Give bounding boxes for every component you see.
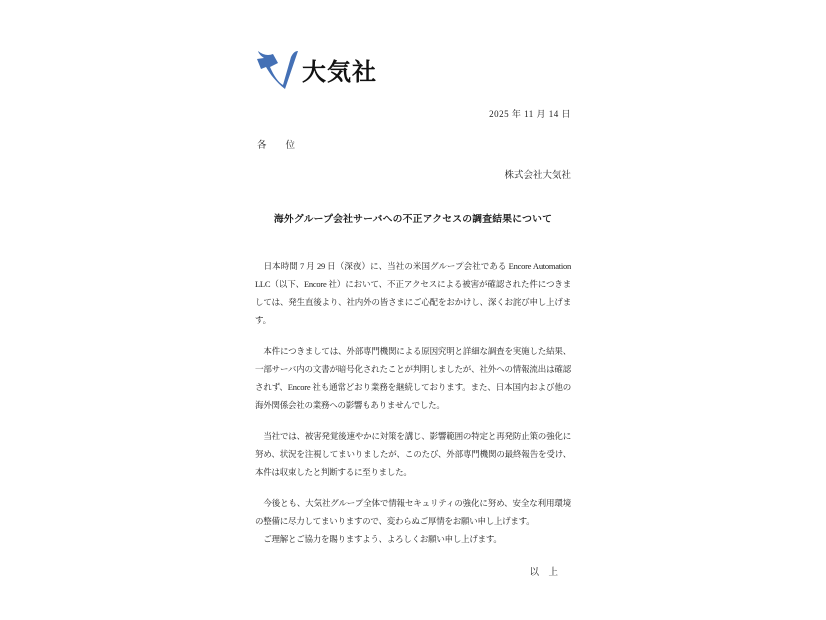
taikisha-logo: 大気社 bbox=[255, 50, 377, 90]
addressee: 各 位 bbox=[257, 137, 295, 151]
document-date: 2025 年 11 月 14 日 bbox=[489, 107, 571, 120]
taikisha-v-icon bbox=[255, 50, 299, 90]
company-name: 株式会社大気社 bbox=[504, 167, 571, 181]
body-paragraph: ご理解とご協力を賜りますよう、よろしくお願い申し上げます。 bbox=[255, 530, 571, 548]
body-paragraph: 日本時間 7 月 29 日（深夜）に、当社の米国グループ会社である Encore… bbox=[255, 257, 571, 329]
body-paragraph: 本件につきましては、外部専門機関による原因究明と詳細な調査を実施した結果、一部サ… bbox=[255, 342, 571, 414]
body-paragraph: 当社では、被害発覚後速やかに対策を講じ、影響範囲の特定と再発防止策の強化に努め、… bbox=[255, 427, 571, 481]
press-release: 大気社 2025 年 11 月 14 日 各 位 株式会社大気社 海外グループ会… bbox=[255, 0, 571, 620]
document-body: 日本時間 7 月 29 日（深夜）に、当社の米国グループ会社である Encore… bbox=[255, 257, 571, 578]
logo-text: 大気社 bbox=[302, 55, 377, 85]
document-page: 大気社 2025 年 11 月 14 日 各 位 株式会社大気社 海外グループ会… bbox=[0, 0, 826, 620]
body-paragraph: 今後とも、大気社グループ全体で情報セキュリティの強化に努め、安全な利用環境の整備… bbox=[255, 494, 571, 530]
taikisha-v-icon-path bbox=[257, 51, 298, 89]
closing-text: 以 上 bbox=[255, 564, 571, 578]
document-title: 海外グループ会社サーバへの不正アクセスの調査結果について bbox=[255, 211, 571, 225]
